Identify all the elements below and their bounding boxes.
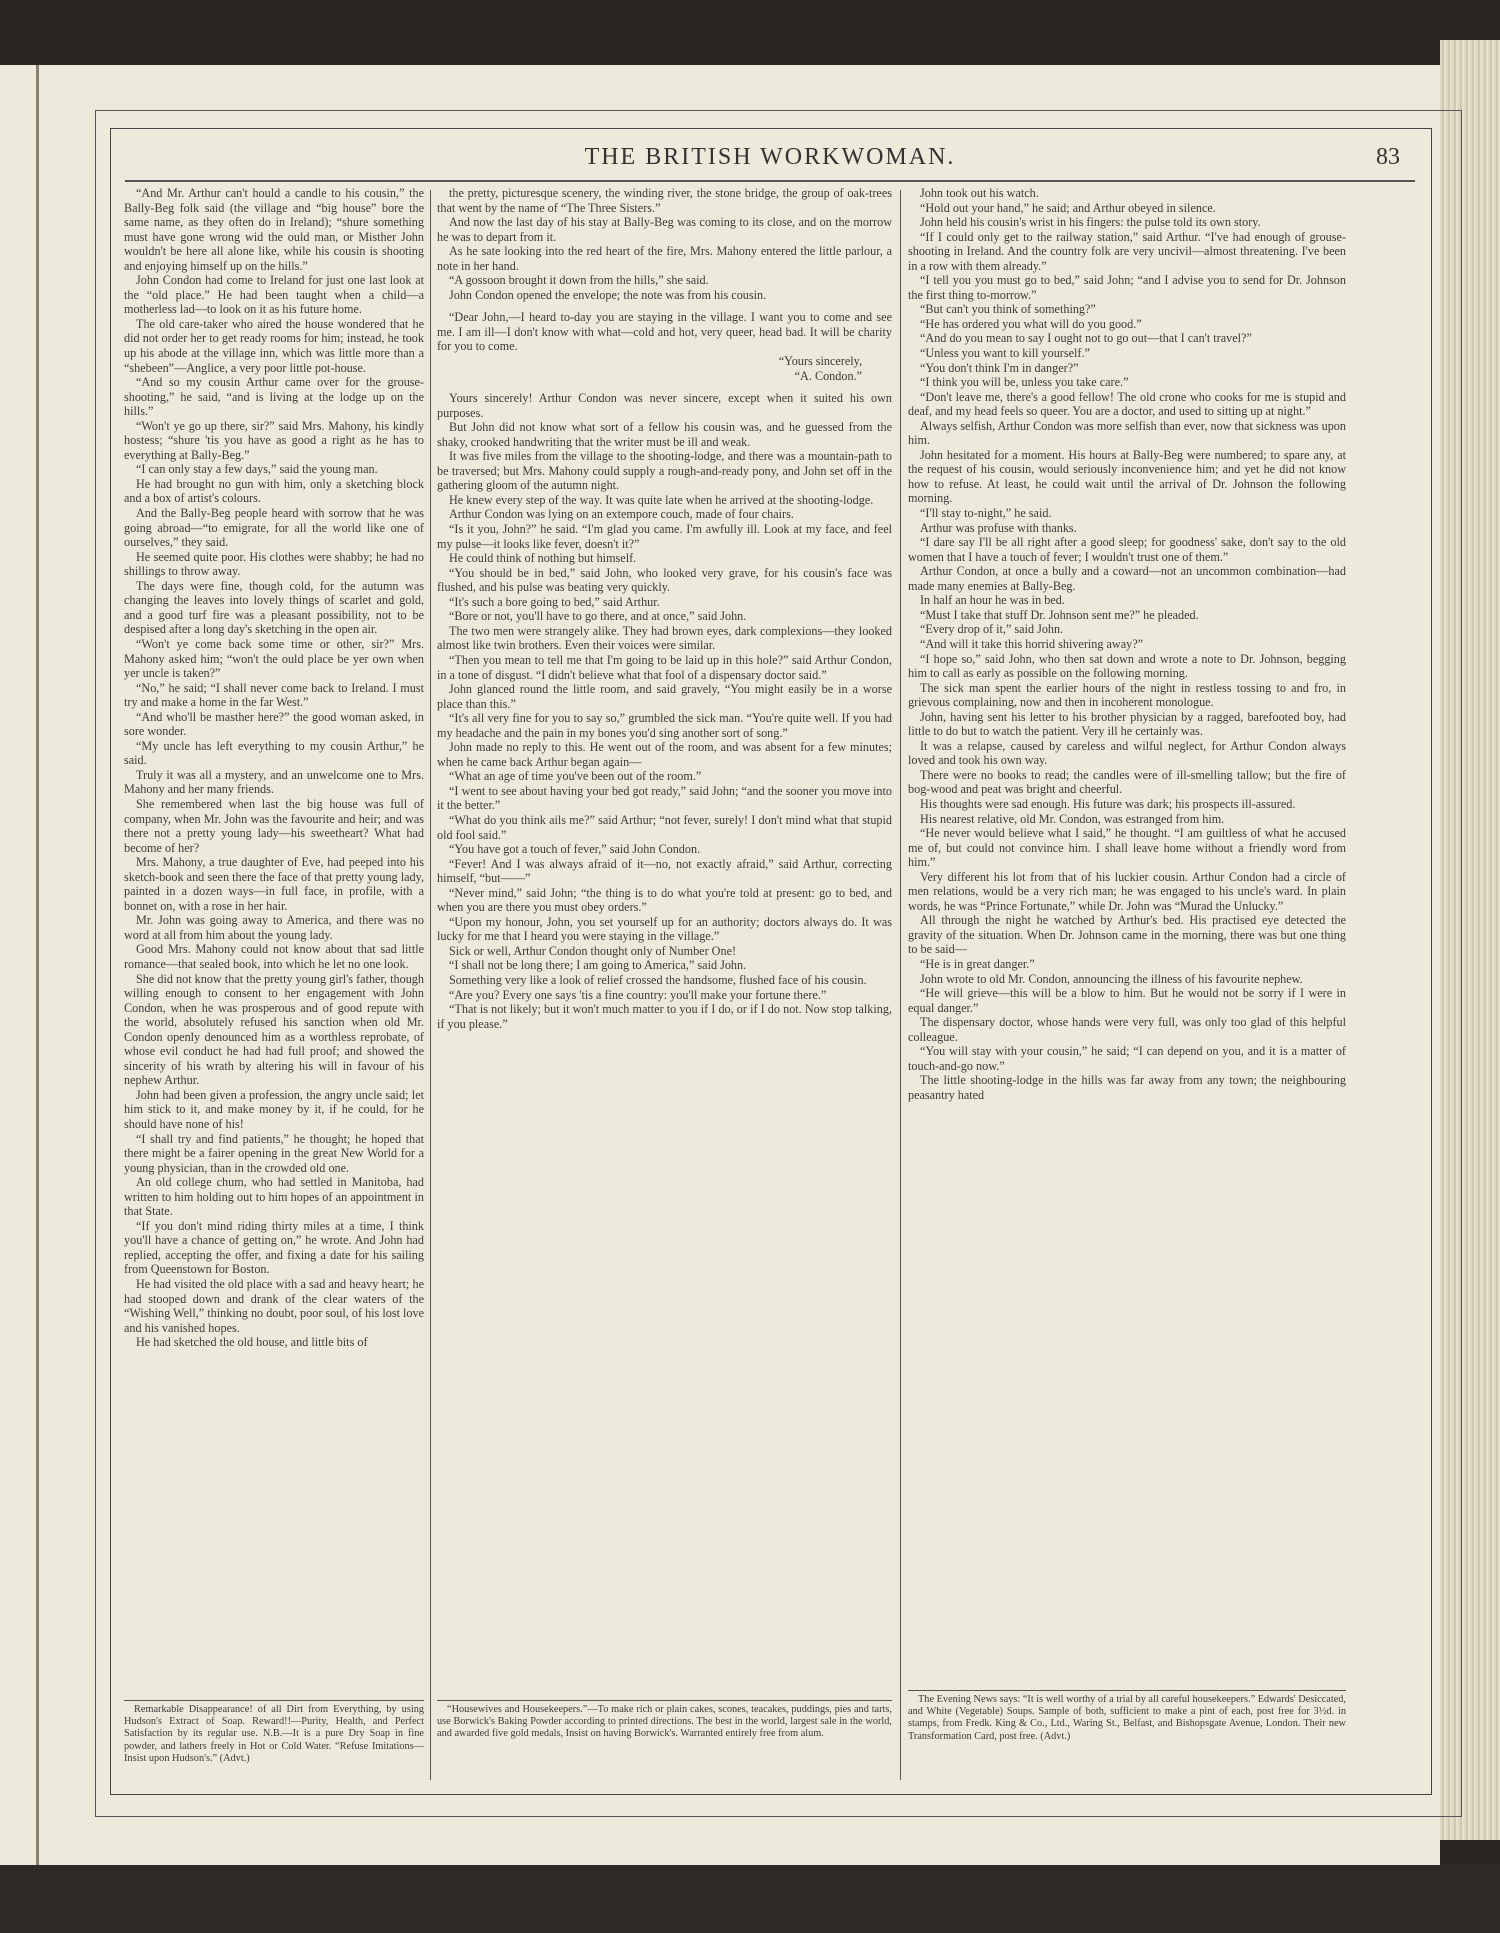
paragraph: She remembered when last the big house w… <box>124 797 424 855</box>
paragraph: Arthur Condon, at once a bully and a cow… <box>908 564 1346 593</box>
hudsons-soap-ad: Remarkable Disappearance! of all Dirt fr… <box>124 1700 424 1765</box>
paragraph: “I shall not be long there; I am going t… <box>437 958 892 973</box>
paragraph: “Must I take that stuff Dr. Johnson sent… <box>908 608 1346 623</box>
paragraph: Good Mrs. Mahony could not know about th… <box>124 942 424 971</box>
column-divider <box>430 190 431 1780</box>
page-title: THE BRITISH WORKWOMAN. <box>110 144 1430 171</box>
book-gutter <box>36 65 39 1865</box>
paragraph: “It's such a bore going to bed,” said Ar… <box>437 595 892 610</box>
paragraph: John Condon opened the envelope; the not… <box>437 288 892 303</box>
paragraph: “You have got a touch of fever,” said Jo… <box>437 842 892 857</box>
paragraph: All through the night he watched by Arth… <box>908 913 1346 957</box>
paragraph: “You don't think I'm in danger?” <box>908 361 1346 376</box>
paragraph: “He never would believe what I said,” he… <box>908 826 1346 870</box>
paragraph: Arthur was profuse with thanks. <box>908 521 1346 536</box>
paragraph: Very different his lot from that of his … <box>908 870 1346 914</box>
paragraph: “And Mr. Arthur can't hould a candle to … <box>124 186 424 273</box>
paragraph: The sick man spent the earlier hours of … <box>908 681 1346 710</box>
paragraph: The old care-taker who aired the house w… <box>124 317 424 375</box>
paragraph: “I tell you you must go to bed,” said Jo… <box>908 273 1346 302</box>
paragraph: “Won't ye come back some time or other, … <box>124 637 424 681</box>
paragraph: John took out his watch. <box>908 186 1346 201</box>
paragraph: In half an hour he was in bed. <box>908 593 1346 608</box>
paragraph: “Don't leave me, there's a good fellow! … <box>908 390 1346 419</box>
paragraph: “And do you mean to say I ought not to g… <box>908 331 1346 346</box>
paragraph: John wrote to old Mr. Condon, announcing… <box>908 972 1346 987</box>
paragraph: “And who'll be masther here?” the good w… <box>124 710 424 739</box>
paragraph: John glanced round the little room, and … <box>437 682 892 711</box>
paragraph: He had visited the old place with a sad … <box>124 1277 424 1335</box>
paragraph: “Yours sincerely, <box>437 354 892 369</box>
paragraph: The little shooting-lodge in the hills w… <box>908 1073 1346 1102</box>
paragraph: “I'll stay to-night,” he said. <box>908 506 1346 521</box>
paragraph: He had brought no gun with him, only a s… <box>124 477 424 506</box>
paragraph: His nearest relative, old Mr. Condon, wa… <box>908 812 1346 827</box>
paragraph: He knew every step of the way. It was qu… <box>437 493 892 508</box>
paragraph: “Won't ye go up there, sir?” said Mrs. M… <box>124 419 424 463</box>
paragraph: Sick or well, Arthur Condon thought only… <box>437 944 892 959</box>
paragraph: “No,” he said; “I shall never come back … <box>124 681 424 710</box>
paragraph: “I hope so,” said John, who then sat dow… <box>908 652 1346 681</box>
paragraph: “He has ordered you what will do you goo… <box>908 317 1346 332</box>
column-3: John took out his watch.“Hold out your h… <box>908 186 1346 1102</box>
paragraph: “If you don't mind riding thirty miles a… <box>124 1219 424 1277</box>
paragraph: “A gossoon brought it down from the hill… <box>437 273 892 288</box>
paragraph: John Condon had come to Ireland for just… <box>124 273 424 317</box>
background-surface <box>0 1865 1500 1933</box>
paragraph: “Never mind,” said John; “the thing is t… <box>437 886 892 915</box>
paragraph: His thoughts were sad enough. His future… <box>908 797 1346 812</box>
paragraph: “I think you will be, unless you take ca… <box>908 375 1346 390</box>
paragraph: An old college chum, who had settled in … <box>124 1175 424 1219</box>
paragraph: “I can only stay a few days,” said the y… <box>124 462 424 477</box>
paragraph: “Are you? Every one says 'tis a fine cou… <box>437 988 892 1003</box>
paragraph: The dispensary doctor, whose hands were … <box>908 1015 1346 1044</box>
page-header: THE BRITISH WORKWOMAN. 83 <box>110 140 1430 180</box>
paragraph: Yours sincerely! Arthur Condon was never… <box>437 391 892 420</box>
column-divider <box>900 190 901 1780</box>
page-number: 83 <box>1376 144 1400 171</box>
paragraph: As he sate looking into the red heart of… <box>437 244 892 273</box>
paragraph: the pretty, picturesque scenery, the win… <box>437 186 892 215</box>
paragraph: John hesitated for a moment. His hours a… <box>908 448 1346 506</box>
paragraph: And now the last day of his stay at Ball… <box>437 215 892 244</box>
paragraph: He had sketched the old house, and littl… <box>124 1335 424 1350</box>
paragraph: The days were fine, though cold, for the… <box>124 579 424 637</box>
paragraph: Arthur Condon was lying on an extempore … <box>437 507 892 522</box>
paragraph: “If I could only get to the railway stat… <box>908 230 1346 274</box>
paragraph: “Then you mean to tell me that I'm going… <box>437 653 892 682</box>
paragraph: “A. Condon.” <box>437 369 892 384</box>
paragraph: “Unless you want to kill yourself.” <box>908 346 1346 361</box>
paragraph: The two men were strangely alike. They h… <box>437 624 892 653</box>
paragraph: “Every drop of it,” said John. <box>908 622 1346 637</box>
paragraph: “And will it take this horrid shivering … <box>908 637 1346 652</box>
paragraph: “Upon my honour, John, you set yourself … <box>437 915 892 944</box>
paragraph: But John did not know what sort of a fel… <box>437 420 892 449</box>
paragraph: “He is in great danger.” <box>908 957 1346 972</box>
paragraph: “That is not likely; but it won't much m… <box>437 1002 892 1031</box>
paragraph: And the Bally-Beg people heard with sorr… <box>124 506 424 550</box>
paragraph: He could think of nothing but himself. <box>437 551 892 566</box>
paragraph: John, having sent his letter to his brot… <box>908 710 1346 739</box>
paragraph: John had been given a profession, the an… <box>124 1088 424 1132</box>
paragraph: She did not know that the pretty young g… <box>124 972 424 1088</box>
paragraph: John made no reply to this. He went out … <box>437 740 892 769</box>
paragraph: “Is it you, John?” he said. “I'm glad yo… <box>437 522 892 551</box>
paragraph: Truly it was all a mystery, and an unwel… <box>124 768 424 797</box>
paragraph: “What do you think ails me?” said Arthur… <box>437 813 892 842</box>
paragraph: “Bore or not, you'll have to go there, a… <box>437 609 892 624</box>
paragraph: “He will grieve—this will be a blow to h… <box>908 986 1346 1015</box>
paragraph: It was five miles from the village to th… <box>437 449 892 493</box>
paragraph: “And so my cousin Arthur came over for t… <box>124 375 424 419</box>
paragraph: “But can't you think of something?” <box>908 302 1346 317</box>
paragraph: Always selfish, Arthur Condon was more s… <box>908 419 1346 448</box>
paragraph: “You should be in bed,” said John, who l… <box>437 566 892 595</box>
column-2: the pretty, picturesque scenery, the win… <box>437 186 892 1031</box>
paragraph: There were no books to read; the candles… <box>908 768 1346 797</box>
paragraph: “I dare say I'll be all right after a go… <box>908 535 1346 564</box>
paragraph: “Dear John,—I heard to-day you are stayi… <box>437 310 892 354</box>
paragraph: Something very like a look of relief cro… <box>437 973 892 988</box>
paragraph: “You will stay with your cousin,” he sai… <box>908 1044 1346 1073</box>
paragraph: “My uncle has left everything to my cous… <box>124 739 424 768</box>
paragraph: “Hold out your hand,” he said; and Arthu… <box>908 201 1346 216</box>
column-1: “And Mr. Arthur can't hould a candle to … <box>124 186 424 1350</box>
paragraph: “I went to see about having your bed got… <box>437 784 892 813</box>
paragraph: John held his cousin's wrist in his fing… <box>908 215 1346 230</box>
edwards-desiccated-soup-ad: The Evening News says: “It is well worth… <box>908 1690 1346 1743</box>
paragraph: It was a relapse, caused by careless and… <box>908 739 1346 768</box>
borwicks-baking-powder-ad: “Housewives and Housekeepers.”—To make r… <box>437 1700 892 1741</box>
paragraph: Mrs. Mahony, a true daughter of Eve, had… <box>124 855 424 913</box>
paragraph: “What an age of time you've been out of … <box>437 769 892 784</box>
paragraph: Mr. John was going away to America, and … <box>124 913 424 942</box>
header-rule <box>125 180 1415 182</box>
paragraph: “I shall try and find patients,” he thou… <box>124 1132 424 1176</box>
paragraph: He seemed quite poor. His clothes were s… <box>124 550 424 579</box>
paragraph: “It's all very fine for you to say so,” … <box>437 711 892 740</box>
paragraph: “Fever! And I was always afraid of it—no… <box>437 857 892 886</box>
